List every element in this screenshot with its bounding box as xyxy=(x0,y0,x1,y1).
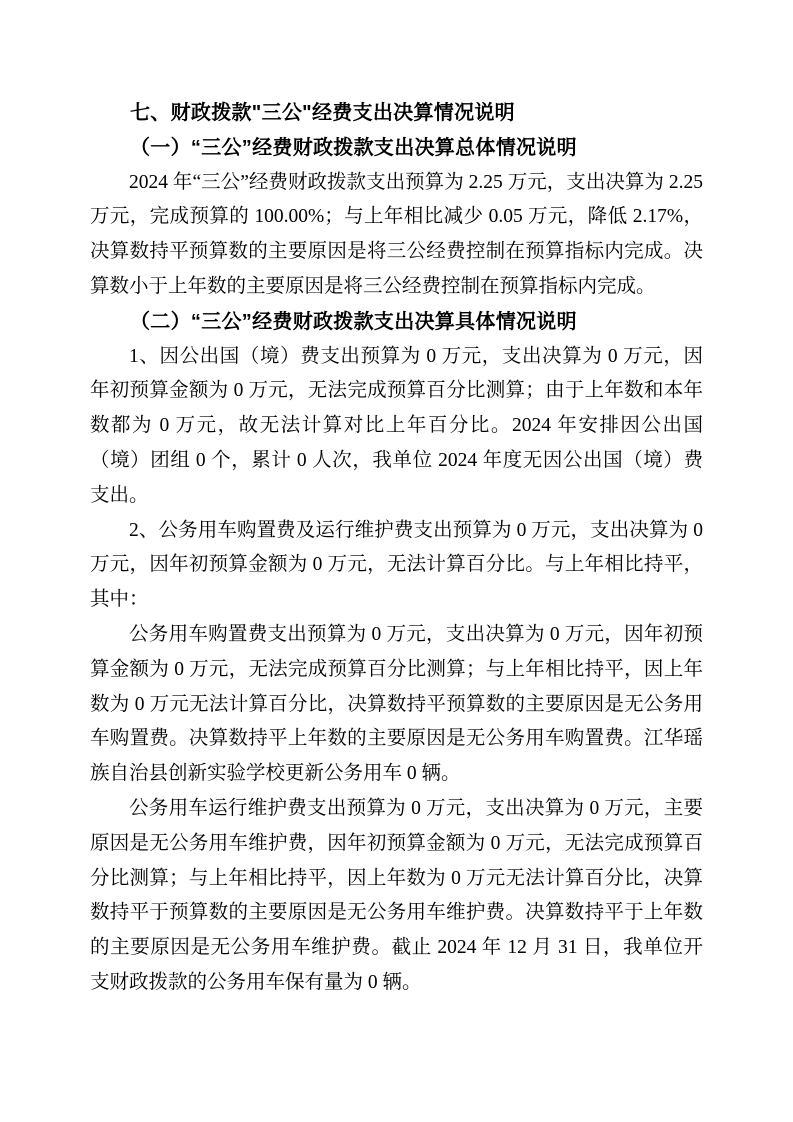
document-page: 七、财政拨款"三公"经费支出决算情况说明 （一）“三公”经费财政拨款支出决算总体… xyxy=(0,0,793,1122)
para-overseas-travel: 1、因公出国（境）费支出预算为 0 万元，支出决算为 0 万元，因年初预算金额为… xyxy=(90,340,703,514)
para-vehicle-purchase: 公务用车购置费支出预算为 0 万元，支出决算为 0 万元，因年初预算金额为 0 … xyxy=(90,618,703,792)
para-overall-situation: 2024 年“三公”经费财政拨款支出预算为 2.25 万元，支出决算为 2.25… xyxy=(90,166,703,305)
heading-main-san-gong-expenditure: 七、财政拨款"三公"经费支出决算情况说明 xyxy=(90,96,703,131)
document-content: 七、财政拨款"三公"经费支出决算情况说明 （一）“三公”经费财政拨款支出决算总体… xyxy=(90,96,703,1001)
para-vehicle-operation-maintenance: 公务用车运行维护费支出预算为 0 万元，支出决算为 0 万元，主要原因是无公务用… xyxy=(90,792,703,1001)
heading-overall-situation: （一）“三公”经费财政拨款支出决算总体情况说明 xyxy=(90,131,703,166)
heading-specific-situation: （二）“三公”经费财政拨款支出决算具体情况说明 xyxy=(90,305,703,340)
para-vehicle-total: 2、公务用车购置费及运行维护费支出预算为 0 万元，支出决算为 0 万元，因年初… xyxy=(90,514,703,618)
